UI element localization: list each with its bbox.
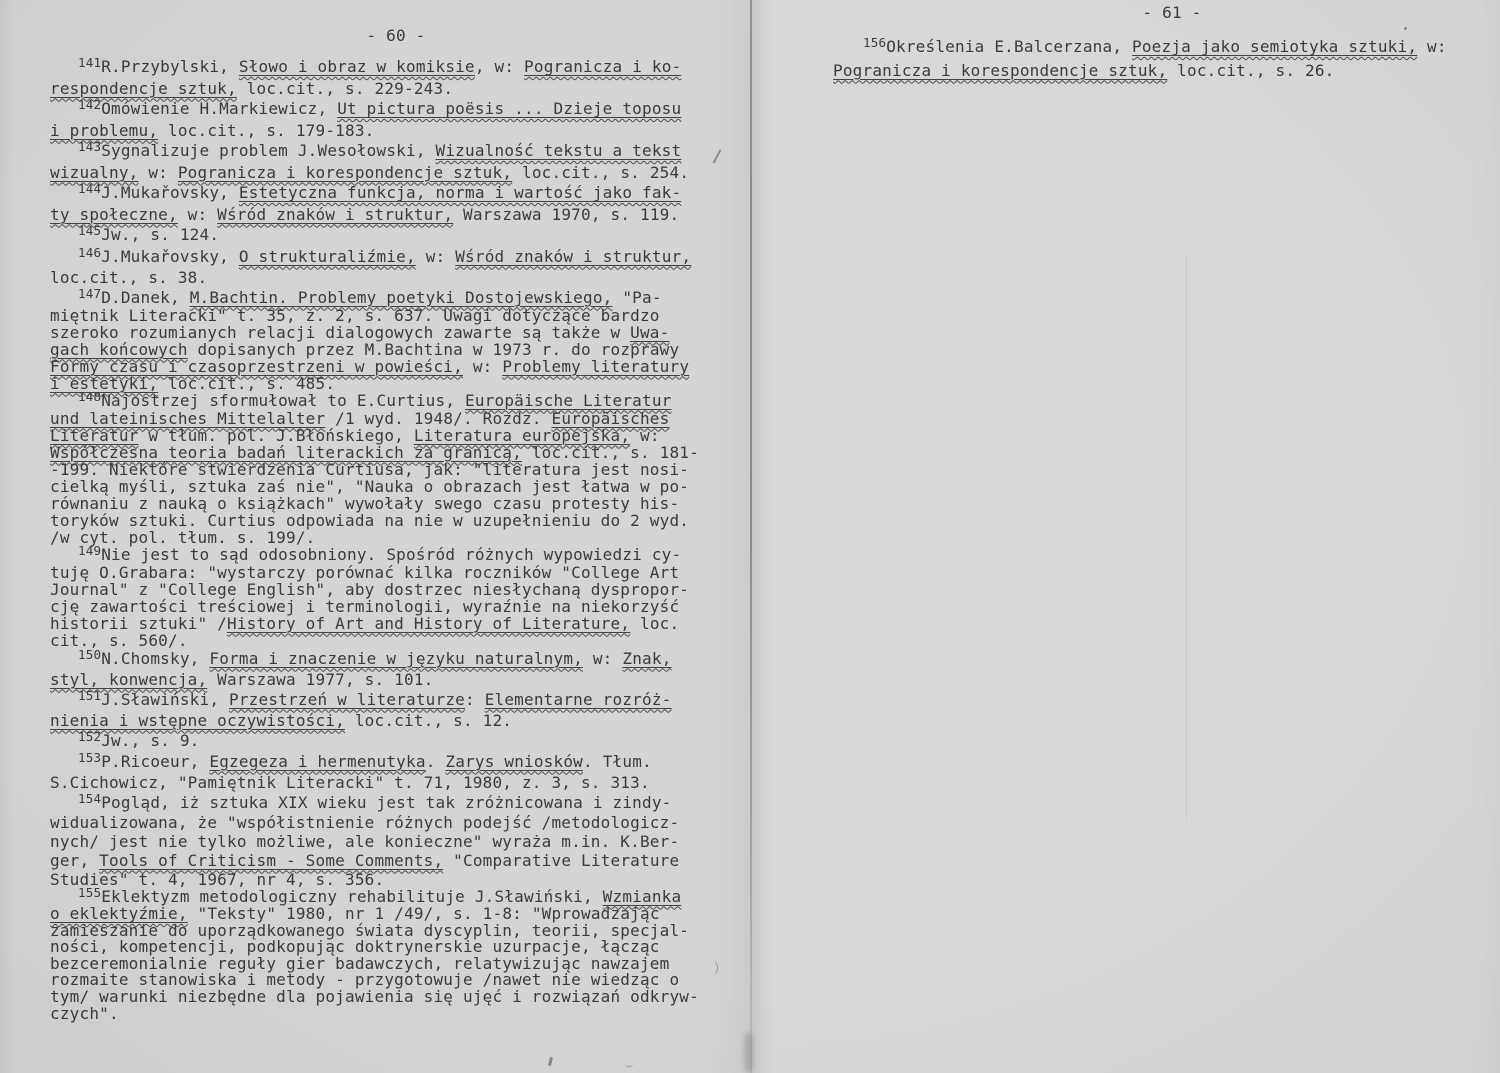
footnote-title-segment: Pogranicza i korespondencje sztuk, [833, 61, 1167, 80]
footnote-title-segment: i problemu, [50, 121, 158, 140]
footnote-number: 153 [78, 750, 101, 765]
underlined-title: Zarys wniosków [445, 752, 583, 771]
underlined-title: Pogranicza i ko- [524, 57, 681, 76]
underlined-title: ty społeczne, [50, 205, 178, 224]
underlined-title: i problemu, [50, 121, 158, 140]
underlined-title: nienia i wstępne oczywistości, [50, 711, 345, 730]
footnote-title-segment: Europäische Literatur [465, 391, 672, 410]
footnote-title-segment: History of Art and History of Literature… [227, 614, 630, 633]
footnote-142: 142Omówienie H.Markiewicz, Ut pictura po… [50, 99, 714, 141]
footnote-144: 144J.Mukařovsky, Estetyczna funkcja, nor… [50, 183, 714, 225]
footnote-text-segment: w: [178, 205, 217, 224]
footnote-text-segment: Omówienie H.Markiewicz, [101, 99, 337, 118]
footnote-text-segment: ger, [50, 851, 99, 870]
footnote-text-segment: widualizowana, że "współistnienie różnyc… [50, 813, 679, 832]
footnote-151: 151J.Sławiński, Przestrzeń w literaturze… [50, 690, 714, 731]
footnote-text-segment: w: [583, 649, 622, 668]
footnote-title-segment: wizualny, [50, 163, 139, 182]
footnote-title-segment: respondencje sztuk, [50, 79, 237, 98]
footnote-text-segment: loc.cit., s. 26. [1167, 61, 1334, 80]
right-page-footnotes: 156Określenia E.Balcerzana, Poezja jako … [833, 36, 1473, 82]
footnote-number: 148 [78, 389, 101, 404]
underlined-title: wizualny, [50, 163, 139, 182]
footnote-text-segment: w: [463, 357, 502, 376]
footnote-text-segment: tym/ warunki niezbędne dla pojawienia si… [50, 987, 699, 1006]
underlined-title: Znak, [622, 649, 671, 668]
footnote-text-segment: N.Chomsky, [101, 649, 209, 668]
footnote-text-segment: Eklektyzm metodologiczny rehabilituje J.… [101, 887, 602, 906]
footnote-146: 146J.Mukařovsky, O strukturaliźmie, w: W… [50, 247, 714, 289]
footnote-number: 154 [78, 791, 101, 806]
footnote-147: 147D.Danek, M.Bachtin. Problemy poetyki … [50, 289, 714, 392]
footnote-150: 150N.Chomsky, Forma i znaczenie w języku… [50, 649, 714, 690]
footnote-141: 141R.Przybylski, Słowo i obraz w komiksi… [50, 57, 714, 99]
footnote-text-segment: P.Ricoeur, [101, 752, 209, 771]
footnote-156: 156Określenia E.Balcerzana, Poezja jako … [833, 36, 1473, 82]
footnote-title-segment: Elementarne rozróż- [485, 690, 672, 709]
footnote-text-segment: , w: [475, 57, 524, 76]
footnote-number: 145 [78, 223, 101, 238]
underlined-title: Wśród znaków i struktur, [217, 205, 453, 224]
footnote-text-segment: Jw., s. 124. [101, 225, 219, 244]
footnote-number: 152 [78, 729, 101, 744]
underlined-title: Ut pictura poësis ... Dzieje toposu [337, 99, 681, 118]
footnote-149: 149Nie jest to sąd odosobniony. Spośród … [50, 546, 714, 649]
page-number-right: - 61 - [1112, 3, 1232, 22]
underlined-title: Wizualność tekstu a tekst [436, 141, 682, 160]
footnote-title-segment: Poezja jako semiotyka sztuki, [1132, 37, 1417, 56]
underlined-title: Pogranicza i korespondencje sztuk, [833, 61, 1167, 80]
footnote-title-segment: Wzmianka [603, 887, 682, 906]
underlined-title: Wzmianka [603, 887, 682, 906]
footnote-text-segment: loc.cit., s. 38. [50, 268, 207, 287]
footnote-text-segment: loc.cit., s. 12. [345, 711, 512, 730]
underlined-title: Elementarne rozróż- [485, 690, 672, 709]
footnote-text-segment: Nie jest to sąd odosobniony. Spośród róż… [101, 545, 681, 564]
footnote-title-segment: Słowo i obraz w komiksie [239, 57, 475, 76]
footnote-text-segment: cit., s. 560/. [50, 631, 188, 650]
footnote-title-segment: styl, konwencja, [50, 670, 207, 689]
footnote-title-segment: Estetyczna funkcja, norma i wartość jako… [239, 183, 681, 202]
footnote-text-segment: D.Danek, [101, 288, 190, 307]
paper-crease [1186, 255, 1187, 820]
footnote-number: 141 [78, 55, 101, 70]
underlined-title: Pogranicza i korespondencje sztuk, [178, 163, 512, 182]
gutter-shadow-bottom [744, 1032, 753, 1073]
footnote-text-segment: nych/ jest nie tylko możliwe, ale koniec… [50, 832, 679, 851]
footnote-number: 156 [863, 35, 886, 50]
footnote-title-segment: Problemy literatury [502, 357, 689, 376]
footnote-title-segment: Wśród znaków i struktur, [217, 205, 453, 224]
footnote-title-segment: Wizualność tekstu a tekst [436, 141, 682, 160]
footnote-text-segment: loc.cit., s. 254. [512, 163, 689, 182]
underlined-title: styl, konwencja, [50, 670, 207, 689]
footnote-text-segment: : [465, 690, 485, 709]
scanned-book-spread: { "colors": { "paper": "#d4d4d2", "ink":… [0, 0, 1500, 1073]
footnote-number: 151 [78, 688, 101, 703]
footnote-title-segment: Tools of Criticism - Some Comments, [99, 851, 443, 870]
footnote-number: 150 [78, 647, 101, 662]
footnote-title-segment: ty społeczne, [50, 205, 178, 224]
footnote-text-segment: Jw., s. 9. [101, 731, 199, 750]
underlined-title: Wśród znaków i struktur, [455, 247, 691, 266]
underlined-title: Forma i znaczenie w języku naturalnym, [209, 649, 583, 668]
footnote-text-segment: loc.cit., s. 179-183. [158, 121, 374, 140]
footnote-text-segment: "Comparative Literature [443, 851, 679, 870]
footnote-154: 154Pogląd, iż sztuka XIX wieku jest tak … [50, 793, 714, 889]
underlined-title: Poezja jako semiotyka sztuki, [1132, 37, 1417, 56]
footnote-text-segment: . Tłum. [583, 752, 652, 771]
footnote-152: 152Jw., s. 9. [50, 731, 714, 752]
footnote-text-segment: Określenia E.Balcerzana, [886, 37, 1132, 56]
footnote-title-segment: Forma i znaczenie w języku naturalnym, [209, 649, 583, 668]
footnote-143: 143Sygnalizuje problem J.Wesołowski, Wiz… [50, 141, 714, 183]
footnote-text-segment: "Pa- [613, 288, 662, 307]
underlined-title: O strukturaliźmie, [239, 247, 416, 266]
footnote-number: 149 [78, 543, 101, 558]
footnote-text-segment: w: [1417, 37, 1447, 56]
underlined-title: Problemy literatury [502, 357, 689, 376]
footnote-145: 145Jw., s. 124. [50, 225, 714, 247]
paper-speck [625, 1061, 633, 1067]
footnote-number: 155 [78, 885, 101, 900]
footnote-text-segment: Warszawa 1970, s. 119. [453, 205, 679, 224]
right-page-paper [752, 0, 1500, 1073]
footnote-title-segment: nienia i wstępne oczywistości, [50, 711, 345, 730]
footnote-number: 146 [78, 245, 101, 260]
underlined-title: Słowo i obraz w komiksie [239, 57, 475, 76]
footnote-text-segment: w: [416, 247, 455, 266]
footnote-148: 148Najostrzej sformułował to E.Curtius, … [50, 392, 714, 546]
underlined-title: Tools of Criticism - Some Comments, [99, 851, 443, 870]
footnote-text-segment: Sygnalizuje problem J.Wesołowski, [101, 141, 435, 160]
footnote-title-segment: Przestrzeń w literaturze [229, 690, 465, 709]
paper-speck [1404, 27, 1407, 30]
footnote-number: 144 [78, 181, 101, 196]
footnote-title-segment: Ut pictura poësis ... Dzieje toposu [337, 99, 681, 118]
footnote-text-segment: Najostrzej sformułował to E.Curtius, [101, 391, 465, 410]
footnote-title-segment: O strukturaliźmie, [239, 247, 416, 266]
footnote-text-segment: loc. [630, 614, 679, 633]
footnote-text-segment: Warszawa 1977, s. 101. [207, 670, 433, 689]
footnote-title-segment: Pogranicza i korespondencje sztuk, [178, 163, 512, 182]
underlined-title: Estetyczna funkcja, norma i wartość jako… [239, 183, 681, 202]
footnote-text-segment: J.Mukařovsky, [101, 183, 239, 202]
underlined-title: Przestrzeń w literaturze [229, 690, 465, 709]
footnote-153: 153P.Ricoeur, Egzegeza i hermenutyka. Za… [50, 752, 714, 793]
footnote-title-segment: Pogranicza i ko- [524, 57, 681, 76]
footnote-text-segment: J.Mukařovsky, [101, 247, 239, 266]
footnote-text-segment: . [426, 752, 446, 771]
footnote-number: 143 [78, 139, 101, 154]
footnote-number: 147 [78, 286, 101, 301]
book-gutter-fold [750, 0, 752, 1073]
underlined-title: Egzegeza i hermenutyka [209, 752, 425, 771]
underlined-title: Europäische Literatur [465, 391, 672, 410]
footnote-text-segment: w: [139, 163, 178, 182]
footnote-title-segment: Znak, [622, 649, 671, 668]
footnote-155: 155Eklektyzm metodologiczny rehabilituje… [50, 889, 714, 1023]
footnote-title-segment: Zarys wniosków [445, 752, 583, 771]
footnote-title-segment: Wśród znaków i struktur, [455, 247, 691, 266]
left-page-footnotes: 141R.Przybylski, Słowo i obraz w komiksi… [50, 57, 714, 1022]
footnote-text-segment: S.Cichowicz, "Pamiętnik Literacki" t. 71… [50, 773, 650, 792]
underlined-title: History of Art and History of Literature… [227, 614, 630, 633]
underlined-title: M.Bachtin. Problemy poetyki Dostojewskie… [190, 288, 613, 307]
paper-speck [709, 961, 718, 975]
footnote-title-segment: M.Bachtin. Problemy poetyki Dostojewskie… [190, 288, 613, 307]
page-number-left: - 60 - [331, 26, 461, 45]
footnote-text-segment: Pogląd, iż sztuka XIX wieku jest tak zró… [101, 793, 671, 812]
footnote-number: 142 [78, 97, 101, 112]
footnote-title-segment: Egzegeza i hermenutyka [209, 752, 425, 771]
underlined-title: respondencje sztuk, [50, 79, 237, 98]
footnote-text-segment: J.Sławiński, [101, 690, 229, 709]
footnote-text-segment: R.Przybylski, [101, 57, 239, 76]
footnote-text-segment: czych". [50, 1004, 119, 1023]
footnote-text-segment: loc.cit., s. 229-243. [237, 79, 453, 98]
